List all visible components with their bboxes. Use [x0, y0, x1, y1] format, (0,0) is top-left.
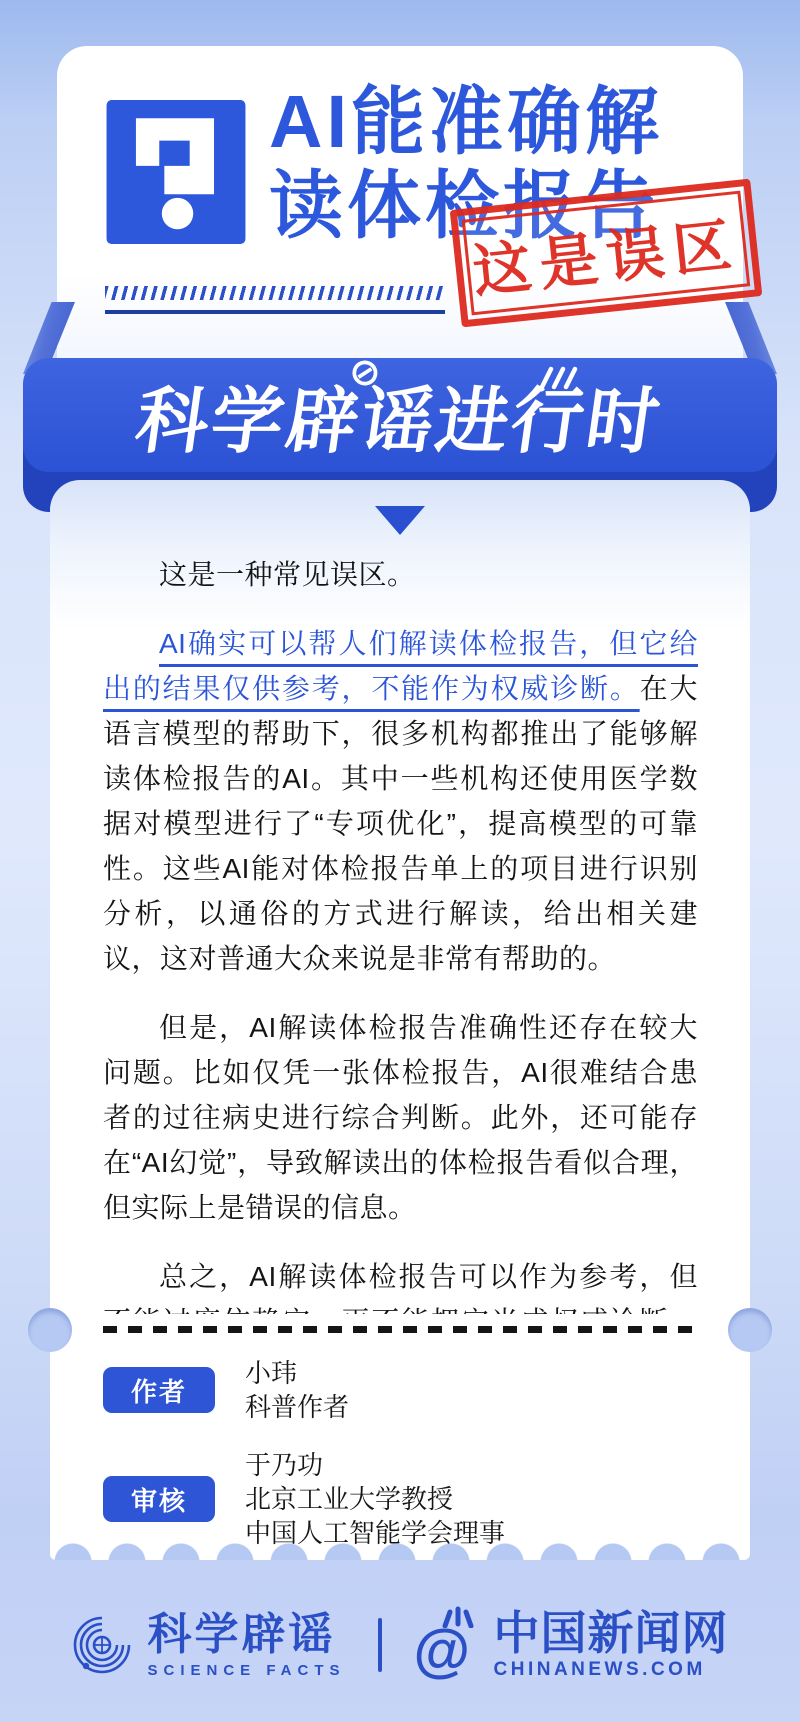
- reviewer-info: 于乃功 北京工业大学教授 中国人工智能学会理事: [245, 1448, 505, 1550]
- chinanews-logo: @ 中国新闻网 CHINANEWS.COM: [414, 1609, 729, 1681]
- science-facts-wordmark: 科学辟谣 SCIENCE FACTS: [147, 1612, 345, 1679]
- chinanews-cn: 中国新闻网: [494, 1609, 729, 1657]
- question-mark-icon: [106, 100, 246, 244]
- at-symbol-icon: @: [414, 1610, 480, 1680]
- author-name: 小玮: [245, 1356, 349, 1390]
- author-title: 科普作者: [245, 1390, 349, 1424]
- author-info: 小玮 科普作者: [245, 1356, 349, 1424]
- swirl-globe-icon: [71, 1614, 133, 1676]
- footer-logos: 科学辟谣 SCIENCE FACTS @ 中国新闻网 CHINANEWS.COM: [0, 1590, 800, 1700]
- chinanews-wordmark: 中国新闻网 CHINANEWS.COM: [494, 1609, 729, 1681]
- underline-rule-decoration: [105, 310, 445, 314]
- science-facts-logo: 科学辟谣 SCIENCE FACTS: [71, 1612, 345, 1679]
- reviewer-row: 审核 于乃功 北京工业大学教授 中国人工智能学会理事: [103, 1448, 505, 1550]
- author-row: 作者 小玮 科普作者: [103, 1356, 505, 1424]
- section-banner: 科学辟谣进行时 ⊘: [23, 358, 777, 472]
- stamp-text: 这是误区: [468, 197, 743, 309]
- banner-title: 科学辟谣进行时: [15, 358, 785, 472]
- reviewer-title-1: 北京工业大学教授: [245, 1482, 505, 1516]
- scalloped-edge-decoration: [50, 1536, 750, 1560]
- article-card: 这是一种常见误区。 AI确实可以帮人们解读体检报告，但它给出的结果仅供参考，不能…: [50, 480, 750, 1560]
- paragraph-1: 这是一种常见误区。: [103, 552, 698, 597]
- reviewer-badge: 审核: [103, 1476, 215, 1522]
- article-body: 这是一种常见误区。 AI确实可以帮人们解读体检报告，但它给出的结果仅供参考，不能…: [103, 552, 698, 1314]
- paragraph-2: AI确实可以帮人们解读体检报告，但它给出的结果仅供参考，不能作为权威诊断。在大语…: [103, 621, 698, 981]
- at-glyph: @: [414, 1622, 471, 1680]
- paragraph-3: 但是，AI解读体检报告准确性还存在较大问题。比如仅凭一张体检报告，AI很难结合患…: [103, 1005, 698, 1230]
- highlighted-conclusion: AI确实可以帮人们解读体检报告，但它给出的结果仅供参考，不能作为权威诊断。: [103, 628, 698, 704]
- paragraph-4: 总之，AI解读体检报告可以作为参考，但不能过度依赖它，更不能把它当成权威诊断。对…: [103, 1254, 698, 1314]
- paragraph-2-rest: 在大语言模型的帮助下，很多机构都推出了能够解读体检报告的AI。其中一些机构还使用…: [103, 673, 698, 974]
- science-facts-cn: 科学辟谣: [147, 1612, 345, 1658]
- down-triangle-icon: [375, 506, 425, 535]
- chinanews-en: CHINANEWS.COM: [494, 1659, 729, 1681]
- science-debunk-poster: AI能准确解 读体检报告 这是误区 科学辟谣进行时 ⊘ 这是一种常见误区。: [0, 0, 800, 1722]
- ticket-notch-right: [728, 1308, 772, 1352]
- science-facts-en: SCIENCE FACTS: [147, 1662, 345, 1679]
- reviewer-name: 于乃功: [245, 1448, 505, 1482]
- footer-divider: [378, 1618, 382, 1672]
- hatch-stripe-decoration: [105, 286, 445, 300]
- speed-lines-icon: [537, 364, 579, 390]
- author-badge: 作者: [103, 1367, 215, 1413]
- dashed-separator: [103, 1326, 699, 1333]
- stamp-inner-border: 这是误区: [462, 191, 751, 316]
- page-title-line1: AI能准确解: [269, 80, 663, 163]
- ticket-notch-left: [28, 1308, 72, 1352]
